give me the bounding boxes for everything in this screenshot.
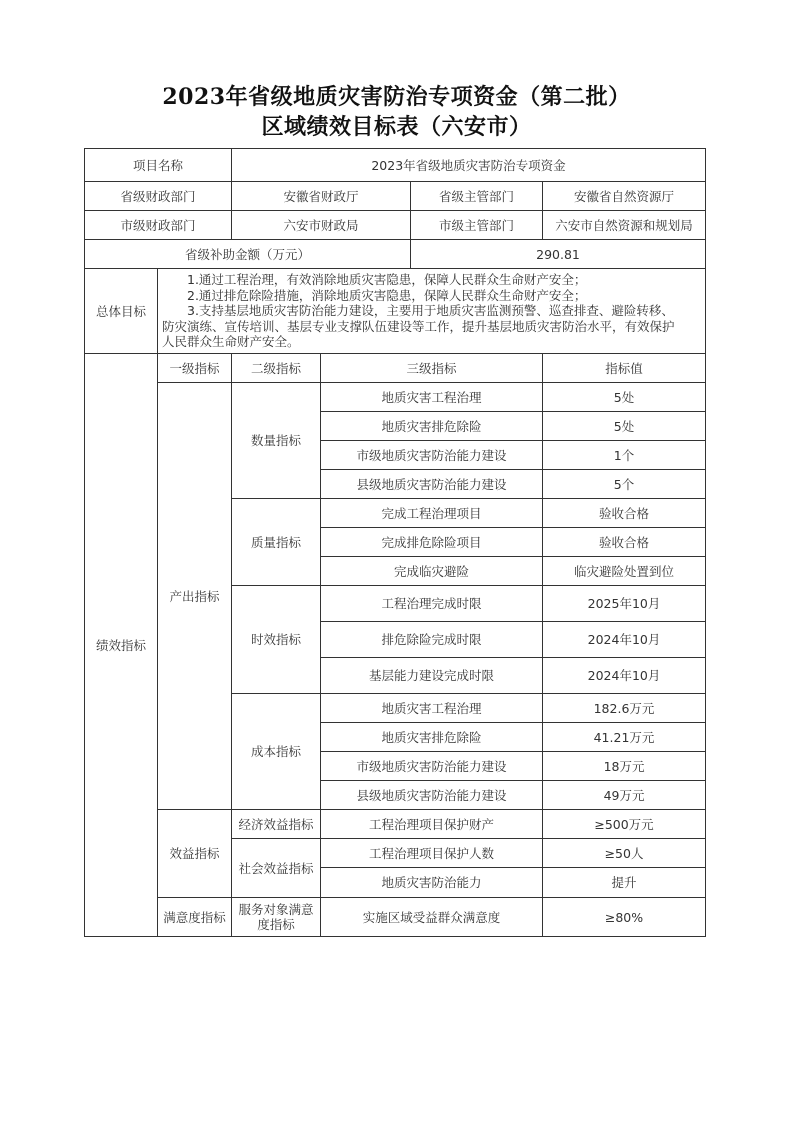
indicator-name: 地质灾害排危除险 [321, 723, 543, 752]
indicator-value: 验收合格 [543, 499, 706, 528]
indicator-value: 验收合格 [543, 528, 706, 557]
table-row: 满意度指标 服务对象满意度指标 实施区域受益群众满意度 ≥80% [85, 898, 706, 937]
benefit-indicator-label: 效益指标 [158, 810, 232, 898]
city-dept-label: 市级主管部门 [411, 211, 543, 240]
indicator-name: 工程治理项目保护财产 [321, 810, 543, 839]
indicator-value: 5个 [543, 470, 706, 499]
indicator-value: 18万元 [543, 752, 706, 781]
timeliness-indicator-label: 时效指标 [232, 586, 321, 694]
goal-item-3-cont1: 防灾演练、宣传培训、基层专业支撑队伍建设等工作，提升基层地质灾害防治水平，有效保… [162, 319, 701, 335]
project-name-value: 2023年省级地质灾害防治专项资金 [232, 149, 706, 182]
indicator-name: 地质灾害工程治理 [321, 383, 543, 412]
quality-indicator-label: 质量指标 [232, 499, 321, 586]
indicator-value: 5处 [543, 383, 706, 412]
document-title-line1: 2023年省级地质灾害防治专项资金（第二批） [0, 80, 793, 111]
row-project-name: 项目名称 2023年省级地质灾害防治专项资金 [85, 149, 706, 182]
indicator-name: 地质灾害工程治理 [321, 694, 543, 723]
indicator-name: 地质灾害防治能力 [321, 868, 543, 898]
city-finance-label: 市级财政部门 [85, 211, 232, 240]
indicator-name: 市级地质灾害防治能力建设 [321, 752, 543, 781]
output-indicator-label: 产出指标 [158, 383, 232, 810]
social-benefit-label: 社会效益指标 [232, 839, 321, 898]
indicator-name: 完成临灾避险 [321, 557, 543, 586]
header-value: 指标值 [543, 354, 706, 383]
indicator-value: 2024年10月 [543, 658, 706, 694]
goal-item-1: 1.通过工程治理，有效消除地质灾害隐患，保障人民群众生命财产安全； [162, 272, 701, 288]
indicator-value: ≥80% [543, 898, 706, 937]
satisfaction-indicator-label: 满意度指标 [158, 898, 232, 937]
indicator-value: 1个 [543, 441, 706, 470]
indicator-value: ≥500万元 [543, 810, 706, 839]
indicator-name: 实施区域受益群众满意度 [321, 898, 543, 937]
indicator-value: 2025年10月 [543, 586, 706, 622]
indicator-value: 2024年10月 [543, 622, 706, 658]
overall-goal-label: 总体目标 [85, 269, 158, 354]
indicator-name: 县级地质灾害防治能力建设 [321, 781, 543, 810]
indicator-name: 工程治理完成时限 [321, 586, 543, 622]
indicator-value: 5处 [543, 412, 706, 441]
prov-dept-value: 安徽省自然资源厅 [543, 182, 706, 211]
row-indicator-headers: 绩效指标 一级指标 二级指标 三级指标 指标值 [85, 354, 706, 383]
city-dept-value: 六安市自然资源和规划局 [543, 211, 706, 240]
header-level2: 二级指标 [232, 354, 321, 383]
service-satisfaction-label: 服务对象满意度指标 [232, 898, 321, 937]
prov-finance-label: 省级财政部门 [85, 182, 232, 211]
table-row: 产出指标 数量指标 地质灾害工程治理 5处 [85, 383, 706, 412]
indicator-name: 完成排危除险项目 [321, 528, 543, 557]
indicator-name: 排危除险完成时限 [321, 622, 543, 658]
indicator-name: 县级地质灾害防治能力建设 [321, 470, 543, 499]
indicator-name: 地质灾害排危除险 [321, 412, 543, 441]
quantity-indicator-label: 数量指标 [232, 383, 321, 499]
performance-label: 绩效指标 [85, 354, 158, 937]
goal-item-3-cont2: 人民群众生命财产安全。 [162, 334, 701, 350]
indicator-value: 41.21万元 [543, 723, 706, 752]
header-level3: 三级指标 [321, 354, 543, 383]
indicator-name: 市级地质灾害防治能力建设 [321, 441, 543, 470]
project-name-label: 项目名称 [85, 149, 232, 182]
row-provincial-departments: 省级财政部门 安徽省财政厅 省级主管部门 安徽省自然资源厅 [85, 182, 706, 211]
overall-goal-text: 1.通过工程治理，有效消除地质灾害隐患，保障人民群众生命财产安全； 2.通过排危… [158, 269, 706, 354]
indicator-name: 完成工程治理项目 [321, 499, 543, 528]
document-title-line2: 区域绩效目标表（六安市） [0, 110, 793, 141]
prov-dept-label: 省级主管部门 [411, 182, 543, 211]
goal-item-2: 2.通过排危除险措施，消除地质灾害隐患，保障人民群众生命财产安全； [162, 288, 701, 304]
indicator-value: ≥50人 [543, 839, 706, 868]
city-finance-value: 六安市财政局 [232, 211, 411, 240]
row-city-departments: 市级财政部门 六安市财政局 市级主管部门 六安市自然资源和规划局 [85, 211, 706, 240]
indicator-name: 工程治理项目保护人数 [321, 839, 543, 868]
subsidy-label: 省级补助金额（万元） [85, 240, 411, 269]
header-level1: 一级指标 [158, 354, 232, 383]
indicator-value: 182.6万元 [543, 694, 706, 723]
subsidy-value: 290.81 [411, 240, 706, 269]
cost-indicator-label: 成本指标 [232, 694, 321, 810]
goal-item-3: 3.支持基层地质灾害防治能力建设，主要用于地质灾害监测预警、巡查排查、避险转移、 [162, 303, 701, 319]
indicator-value: 49万元 [543, 781, 706, 810]
economic-benefit-label: 经济效益指标 [232, 810, 321, 839]
indicator-value: 临灾避险处置到位 [543, 557, 706, 586]
performance-target-table: 项目名称 2023年省级地质灾害防治专项资金 省级财政部门 安徽省财政厅 省级主… [84, 148, 706, 937]
indicator-value: 提升 [543, 868, 706, 898]
table-row: 效益指标 经济效益指标 工程治理项目保护财产 ≥500万元 [85, 810, 706, 839]
prov-finance-value: 安徽省财政厅 [232, 182, 411, 211]
row-subsidy: 省级补助金额（万元） 290.81 [85, 240, 706, 269]
indicator-name: 基层能力建设完成时限 [321, 658, 543, 694]
row-overall-goal: 总体目标 1.通过工程治理，有效消除地质灾害隐患，保障人民群众生命财产安全； 2… [85, 269, 706, 354]
